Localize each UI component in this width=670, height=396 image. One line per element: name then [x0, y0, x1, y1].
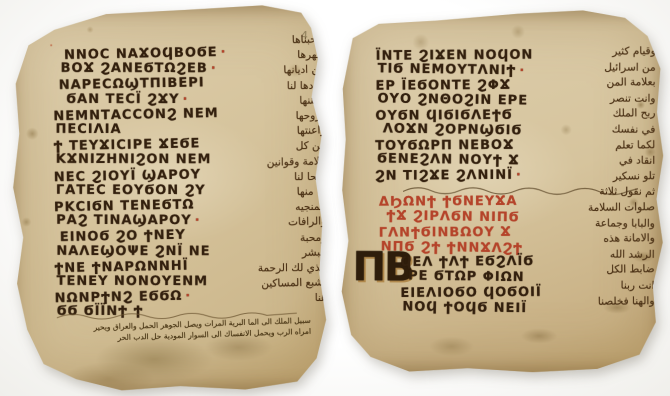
right-coptic-upper-column: ΪΝΤΕ ϨΙϪΕΝ ΝΟϤΟΝΤΙϬ ΝΕΜΟΥΤΛΝΙϮΕΡ ΪΕϬΟΝΤΕ… — [375, 47, 606, 183]
coptic-text-line: ϨΝ ΤΙϨϪΕ ϨΛΝΙΝΪ — [375, 167, 605, 184]
arabic-gloss-line: من كل — [258, 139, 326, 155]
manuscript-photo: 4 ΝΝΟϹ ΝΑϪΟϤΒΟϬΕ ΒΟϪ ϨΑΝΕϬΤΩϨΕΒ ΝΑΡΕϹΩϢΤ… — [0, 0, 670, 396]
arabic-gloss-line: انقاد في — [575, 154, 655, 170]
arabic-gloss-line: فاحبناها — [257, 32, 325, 49]
arabic-gloss-line: ضابط الكل — [574, 262, 654, 279]
arabic-gloss-line: وقيام كثير — [576, 44, 656, 61]
arabic-gloss-line: لكما تعلم — [575, 138, 655, 155]
left-leaf-parchment: 4 ΝΝΟϹ ΝΑϪΟϤΒΟϬΕ ΒΟϪ ϨΑΝΕϬΤΩϨΕΒ ΝΑΡΕϹΩϢΤ… — [9, 5, 337, 391]
arabic-gloss-line: ومحبة — [258, 231, 326, 247]
arabic-gloss-line: والرافات — [258, 215, 326, 232]
arabic-gloss-line: والبابا وجماعة — [575, 216, 655, 232]
arabic-gloss-line: وحننها — [257, 93, 325, 110]
arabic-gloss-line: انا منها — [258, 184, 326, 201]
arabic-gloss-line: ثم نقول ثلاثة — [575, 185, 655, 201]
arabic-gloss-line: صلوات السلامة — [575, 200, 655, 217]
left-arabic-gloss-column: فاحبناهاطهرهامن اديانهاجددها لناوحننهاور… — [257, 33, 327, 307]
arabic-gloss-line: طهرها — [257, 48, 325, 64]
arabic-gloss-line: بعلامة المن — [575, 75, 655, 92]
arabic-gloss-line: صحا لنا — [258, 170, 326, 186]
arabic-gloss-line: والهنا فخلصنا — [574, 294, 654, 311]
arabic-gloss-line: وانت تنصر — [575, 91, 655, 107]
right-leaf-parchment: ΪΝΤΕ ϨΙϪΕΝ ΝΟϤΟΝΤΙϬ ΝΕΜΟΥΤΛΝΙϮΕΡ ΪΕϬΟΝΤΕ… — [338, 9, 664, 373]
arabic-gloss-line: هنا — [259, 291, 327, 307]
arabic-gloss-line: البشر — [258, 245, 326, 262]
arabic-gloss-line: تلو نسكير — [575, 169, 655, 186]
arabic-gloss-line: الرشد الله — [575, 247, 655, 263]
arabic-gloss-line: يشبع المساكين — [258, 276, 326, 293]
arabic-gloss-line: واعنتها — [257, 124, 325, 141]
coptic-text-line: ΝΑΡΕϹΩϢΤΠΙΒΕΡΙ — [53, 74, 275, 93]
arabic-gloss-line: انت ربنا — [574, 278, 654, 294]
right-manuscript-leaf: ΪΝΤΕ ϨΙϪΕΝ ΝΟϤΟΝΤΙϬ ΝΕΜΟΥΤΛΝΙϮΕΡ ΪΕϬΟΝΤΕ… — [338, 9, 664, 373]
arabic-gloss-line: في نفسك — [575, 122, 655, 138]
arabic-gloss-line: من اديانها — [257, 63, 325, 80]
arabic-gloss-line: من اسرائيل — [576, 60, 656, 76]
arabic-gloss-line: ربح الملك — [575, 106, 655, 123]
arabic-gloss-line: جددها لنا — [257, 79, 325, 95]
coptic-text-line: ΕΙΝΟϬ ϨΟ ϮΝΕΥ — [54, 226, 276, 245]
arabic-gloss-line: المنجيه — [258, 200, 326, 216]
left-coptic-text-column: ΝΝΟϹ ΝΑϪΟϤΒΟϬΕ ΒΟϪ ϨΑΝΕϬΤΩϨΕΒ ΝΑΡΕϹΩϢΤΠΙ… — [53, 45, 277, 320]
right-arabic-gloss-column: وقيام كثيرمن اسرائيلبعلامة المنوانت تنصر… — [574, 44, 655, 310]
arabic-gloss-line: وروحها — [257, 109, 325, 125]
left-manuscript-leaf: 4 ΝΝΟϹ ΝΑϪΟϤΒΟϬΕ ΒΟϪ ϨΑΝΕϬΤΩϨΕΒ ΝΑΡΕϹΩϢΤ… — [9, 5, 337, 391]
arabic-gloss-line: ملامة وقوانين — [258, 154, 326, 171]
arabic-gloss-line: الذي لك الرحمة — [258, 261, 326, 277]
arabic-gloss-line: والامانة هذه — [575, 231, 655, 248]
